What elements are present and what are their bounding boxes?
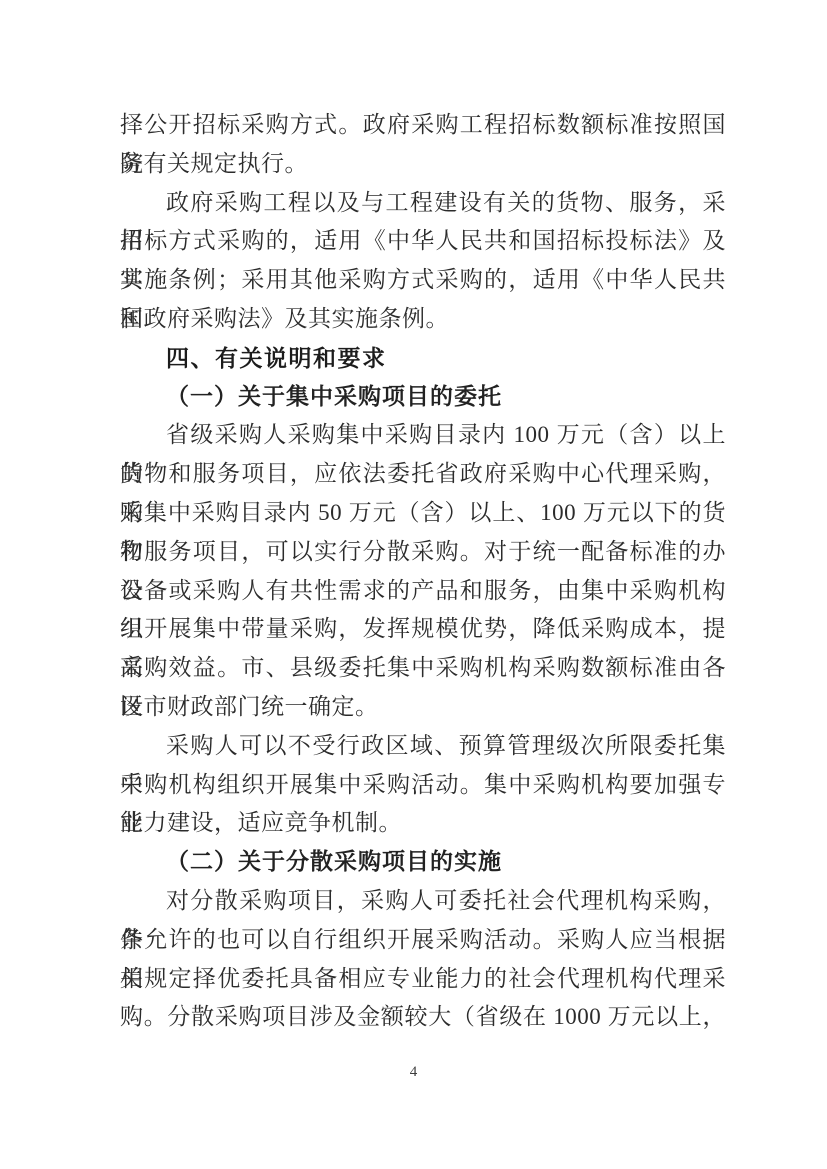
body-text-line: 采购人可以不受行政区域、预算管理级次所限委托集中 xyxy=(120,727,726,766)
body-text-line: 关规定择优委托具备相应专业能力的社会代理机构代理采 xyxy=(120,960,726,999)
body-text-line: 货物和服务项目，应依法委托省政府采购中心代理采购，采 xyxy=(120,455,726,494)
body-text-line: 实施条例；采用其他采购方式采购的，适用《中华人民共和 xyxy=(120,261,726,300)
body-text-line: 能力建设，适应竞争机制。 xyxy=(120,804,726,843)
body-text-line: 购集中采购目录内 50 万元（含）以上、100 万元以下的货物 xyxy=(120,494,726,533)
body-text-line: 国政府采购法》及其实施条例。 xyxy=(120,300,726,339)
body-text-line: 设备或采购人有共性需求的产品和服务，由集中采购机构组 xyxy=(120,572,726,611)
body-text-line: 织开展集中带量采购，发挥规模优势，降低采购成本，提高 xyxy=(120,610,726,649)
body-text-line: 区市财政部门统一确定。 xyxy=(120,688,726,727)
body-text-line: 件允许的也可以自行组织开展采购活动。采购人应当根据相 xyxy=(120,921,726,960)
section-heading: 四、有关说明和要求 xyxy=(120,339,726,378)
page-number: 4 xyxy=(0,1062,827,1082)
subsection-heading: （一）关于集中采购项目的委托 xyxy=(120,378,726,417)
body-text-line: 择公开招标采购方式。政府采购工程招标数额标准按照国务 xyxy=(120,106,726,145)
body-text-line: 购。分散采购项目涉及金额较大（省级在 1000 万元以上， xyxy=(120,998,726,1037)
document-text-block: 择公开招标采购方式。政府采购工程招标数额标准按照国务 院有关规定执行。 政府采购… xyxy=(120,106,726,1037)
body-text-line: 和服务项目，可以实行分散采购。对于统一配备标准的办公 xyxy=(120,533,726,572)
body-text-line: 招标方式采购的，适用《中华人民共和国招标投标法》及其 xyxy=(120,222,726,261)
body-text-line: 对分散采购项目，采购人可委托社会代理机构采购，条 xyxy=(120,882,726,921)
subsection-heading: （二）关于分散采购项目的实施 xyxy=(120,843,726,882)
body-text-line: 省级采购人采购集中采购目录内 100 万元（含）以上的 xyxy=(120,416,726,455)
body-text-line: 院有关规定执行。 xyxy=(120,145,726,184)
body-text-line: 政府采购工程以及与工程建设有关的货物、服务，采用 xyxy=(120,184,726,223)
document-page: 择公开招标采购方式。政府采购工程招标数额标准按照国务 院有关规定执行。 政府采购… xyxy=(0,0,827,1169)
body-text-line: 采购效益。市、县级委托集中采购机构采购数额标准由各设 xyxy=(120,649,726,688)
body-text-line: 采购机构组织开展集中采购活动。集中采购机构要加强专业 xyxy=(120,766,726,805)
